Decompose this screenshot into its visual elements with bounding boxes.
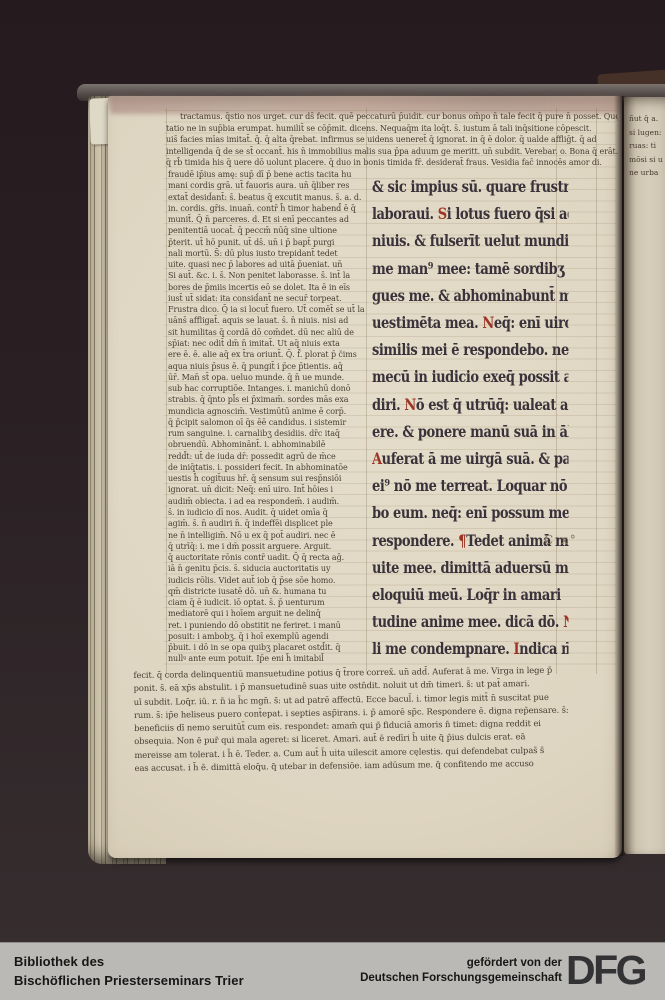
text-line: ne urba <box>629 166 665 180</box>
funding-line2: Deutschen Forschungsgemeinschaft <box>360 971 562 986</box>
dfg-logo: DFG <box>566 948 645 992</box>
rubric-initial: ¶ <box>458 531 466 550</box>
text-line: strabis. q̄ q̄nto pl̄s ei p̄ximam̄. sord… <box>168 394 367 405</box>
facing-page-text: ñut q̄ a.si lugen:ruas: timōsi si une ur… <box>629 112 665 180</box>
text-line: si lugen: <box>629 126 665 140</box>
text-line: tatio ne in sup̄bia erumpat. humilit̄ se… <box>166 123 618 135</box>
text-line: aqua niuis p̄sus ē. q̄ pungit̄ i p̄ce p̄… <box>168 361 367 372</box>
library-name-line2: Bischöflichen Priesterseminars Trier <box>14 971 244 990</box>
text-line: nullꝰ ante eum potuit. Ip̄e eni h̄ imita… <box>168 653 367 664</box>
text-line: sit humilitas q̄ cordā dō com̄det. dū ne… <box>168 327 367 338</box>
verse-line: uite mee. dimittā aduersū me <box>372 554 569 581</box>
rubric-initial: S <box>438 204 447 223</box>
verse-line: li me condempnare. Indica m̄. <box>372 635 569 662</box>
top-commentary-block: tractamus. q̄stio nos urget. cur ds̄ fec… <box>166 111 618 169</box>
text-line: q̄ auctoritate rōnis contr̄ uadit. Q̄ q̄… <box>168 552 367 563</box>
text-line: fraudē ip̄ius amę: sup̄ dī p̄ bene actis… <box>168 169 367 180</box>
text-line: p̄terit. ut̄ hō punit. ut̄ ds̄. un̄ i p̄… <box>168 237 367 248</box>
text-line: qm̄ districte iusatē dō. un̄ &. humana t… <box>168 586 367 597</box>
text-line: mōsi si u <box>629 153 665 167</box>
funding-credit: gefördert von der Deutschen Forschungsge… <box>360 956 562 986</box>
text-line: iā n̄ genitu p̄cis. s̄. siducia auctorit… <box>168 563 367 574</box>
verse-line: uestimēta mea. Neq̄: enī uiro q̄ <box>372 309 569 336</box>
text-line: uāns̄ affligat̄. aquis se lauat. s̄. n̄ … <box>168 315 367 326</box>
text-line: obruendū. Abhominānt̄. i. abhominabilē <box>168 439 367 450</box>
rubric-initial: N <box>563 612 568 631</box>
verse-line: gues me. & abhominabunt̄ me <box>372 282 569 309</box>
text-line: iudicis rōlis. Videt aut̄ iob q̄ p̄se sō… <box>168 575 367 586</box>
text-line: q̄ utrīq̄: i. me i dm̄ possit arguere. A… <box>168 541 367 552</box>
library-name-line1: Bibliothek des <box>14 952 244 971</box>
verse-line: bo eum. neq̄: enī possum metuens <box>372 499 569 526</box>
verse-line: eloquiū meū. Loq̄r in amari <box>372 581 569 608</box>
verse-line: diri. Nō est q̄ utrūq̄: ualeat argu <box>372 391 569 418</box>
text-line: uite. quasi nec p̄ labores ad uitā p̄uen… <box>168 259 367 270</box>
text-line: Frustra dico. Q̄ ia si locut̄ fuero. Ut̄… <box>168 304 367 315</box>
text-line: iust̄ ut̄ sidat: ita consid́ant̄ ne secu… <box>168 293 367 304</box>
vertical-rule <box>166 108 167 674</box>
text-line: q̄ rb̄ timida his q̄ uere dō uolunt plac… <box>166 157 618 169</box>
rubric-initial: N <box>482 313 493 332</box>
text-line: agim̄. s̄. n̄ audiri n̄. q̄ indeffēi dis… <box>168 518 367 529</box>
margin-chapter-note: C x° <box>544 533 578 547</box>
gloss-column: fraudē ip̄ius amę: sup̄ dī p̄ bene actis… <box>168 169 367 665</box>
text-line: s̄. in iudicio dī nos. Audit. q̄ uidet o… <box>168 507 367 518</box>
text-line: posuit: i ambobʒ. q̄ i hoī exemplū agend… <box>168 631 367 642</box>
text-line: q̄ p̄cipit salomon oī q̄s ēē candidus. i… <box>168 417 367 428</box>
rubric-initial: A <box>372 449 382 468</box>
text-line: ignorat. un̄ dicit: Neq̄: enī uiro. Int̄… <box>168 484 367 495</box>
text-line: ret. i puniendo dō obstitit ne feriret. … <box>168 620 367 631</box>
text-line: uis̄ facies mīas imitat̄. q̄. q̄ alta q̄… <box>166 134 618 146</box>
text-line: sp̄iat: nec odit̄ dm̄ n̄ imitat̄. Ut aq̄… <box>168 338 367 349</box>
verse-line: similis mei ē respondebo. nec q̄ <box>372 336 569 363</box>
text-line: ne n̄ intelligim̄. Nō u ex q̄ pot̄ audir… <box>168 530 367 541</box>
text-line: intelligenda q̄ de se st̄ occant̄. his n… <box>166 146 618 158</box>
verse-line: mecū in iudicio exeq̄ possit au <box>372 363 569 390</box>
digitized-manuscript-photo: tractamus. q̄stio nos urget. cur ds̄ fec… <box>0 0 665 1000</box>
text-line: munit̄. Q̄ n̄ parceres. d. Et si enī pec… <box>168 214 367 225</box>
funding-line1: gefördert von der <box>360 956 562 971</box>
text-line: mediatorē qui i hoīem arguit ne delinq̄ <box>168 608 367 619</box>
verse-line: Auferat ā me uirgā suā. & pauor <box>372 445 569 472</box>
text-line: ere ē. ē. alie aq̄ ex t̄ra oriunt̄. Q̄. … <box>168 349 367 360</box>
verse-line: niuis. & fulserīt uelut mundissi <box>372 227 569 254</box>
facing-page-edge: ñut q̄ a.si lugen:ruas: timōsi si une ur… <box>624 97 665 854</box>
text-line: Si aut̄. &c. i. s̄. Non penitet laborass… <box>168 270 367 281</box>
text-line: ūr̄. Man̄ st̄ opa. ueluo munde. q̄ n̄ ue… <box>168 372 367 383</box>
text-line: nali mortū. S̄: dū plus iusto trepidant̄… <box>168 248 367 259</box>
text-line: ruas: ti <box>629 139 665 153</box>
verse-line: laboraui. Si lotus fuero q̄si aq̄s <box>372 200 569 227</box>
text-line: mani cordis grā. ut̄ fauoris aura. un̄ q… <box>168 180 367 191</box>
text-line: sub hac corruptiōe. Intanges. i. manichū… <box>168 383 367 394</box>
verse-line: & sic impius sū. quare frustra <box>372 173 569 200</box>
text-line: bores de p̄miis incertis eō se dolet. It… <box>168 282 367 293</box>
text-line: in. cordis. gr̄is. inuan̄. contr̄ h̄ tim… <box>168 203 367 214</box>
main-text-column: & sic impius sū. quare frustralaboraui. … <box>372 173 569 663</box>
footer-bar: Bibliothek des Bischöflichen Priestersem… <box>0 942 665 1000</box>
verse-line: tudine anime mee. dicā dō. No <box>372 608 569 635</box>
text-line: ciam q̄ ē iudicit. iō optat. s̄. p̄ uent… <box>168 597 367 608</box>
text-line: uestis h̄ cogit̄uus hr̄. q̄ sensum sui r… <box>168 473 367 484</box>
text-line: extat̄ desid́ant̄: s̄. beatus q̄ excutit… <box>168 192 367 203</box>
text-line: p̄buit. i dō in se opa quibʒ placaret os… <box>168 642 367 653</box>
library-name: Bibliothek des Bischöflichen Priestersem… <box>14 952 244 990</box>
text-line: tractamus. q̄stio nos urget. cur ds̄ fec… <box>166 111 618 123</box>
text-line: de iniq̄tatis. i. possideri fecit. In ab… <box>168 462 367 473</box>
text-line: redd̄t: ut̄ de iuda dr̄: possedit agrū d… <box>168 451 367 462</box>
manuscript-page: tractamus. q̄stio nos urget. cur ds̄ fec… <box>108 96 622 858</box>
text-line: audim̄ obiecta. i ad ea respondem̄. i au… <box>168 496 367 507</box>
rubric-initial: N <box>404 395 415 414</box>
bottom-commentary-block: fecit. q̄ corda delinquentiū mansuetudin… <box>133 663 621 775</box>
verse-line: respondere. ¶Tedet animā meā <box>372 527 569 554</box>
text-line: ñut q̄ a. <box>629 112 665 126</box>
text-line: mundicia agnoscim̄. Vestimūtū anime ē co… <box>168 406 367 417</box>
vertical-rule <box>596 108 597 674</box>
verse-line: me man⁹ mee: tamē sordibʒ intin <box>372 255 569 282</box>
text-line: rum sanguine. i. carnalibʒ desidiis. dr̄… <box>168 428 367 439</box>
verse-line: ei⁹ nō me terreat. Loquar nō time <box>372 472 569 499</box>
text-line: penitentiā uocat̄. q̄ peccm̄ nūq̄ sine u… <box>168 225 367 236</box>
verse-line: ere. & ponere manū suā in ābob⁹ <box>372 418 569 445</box>
